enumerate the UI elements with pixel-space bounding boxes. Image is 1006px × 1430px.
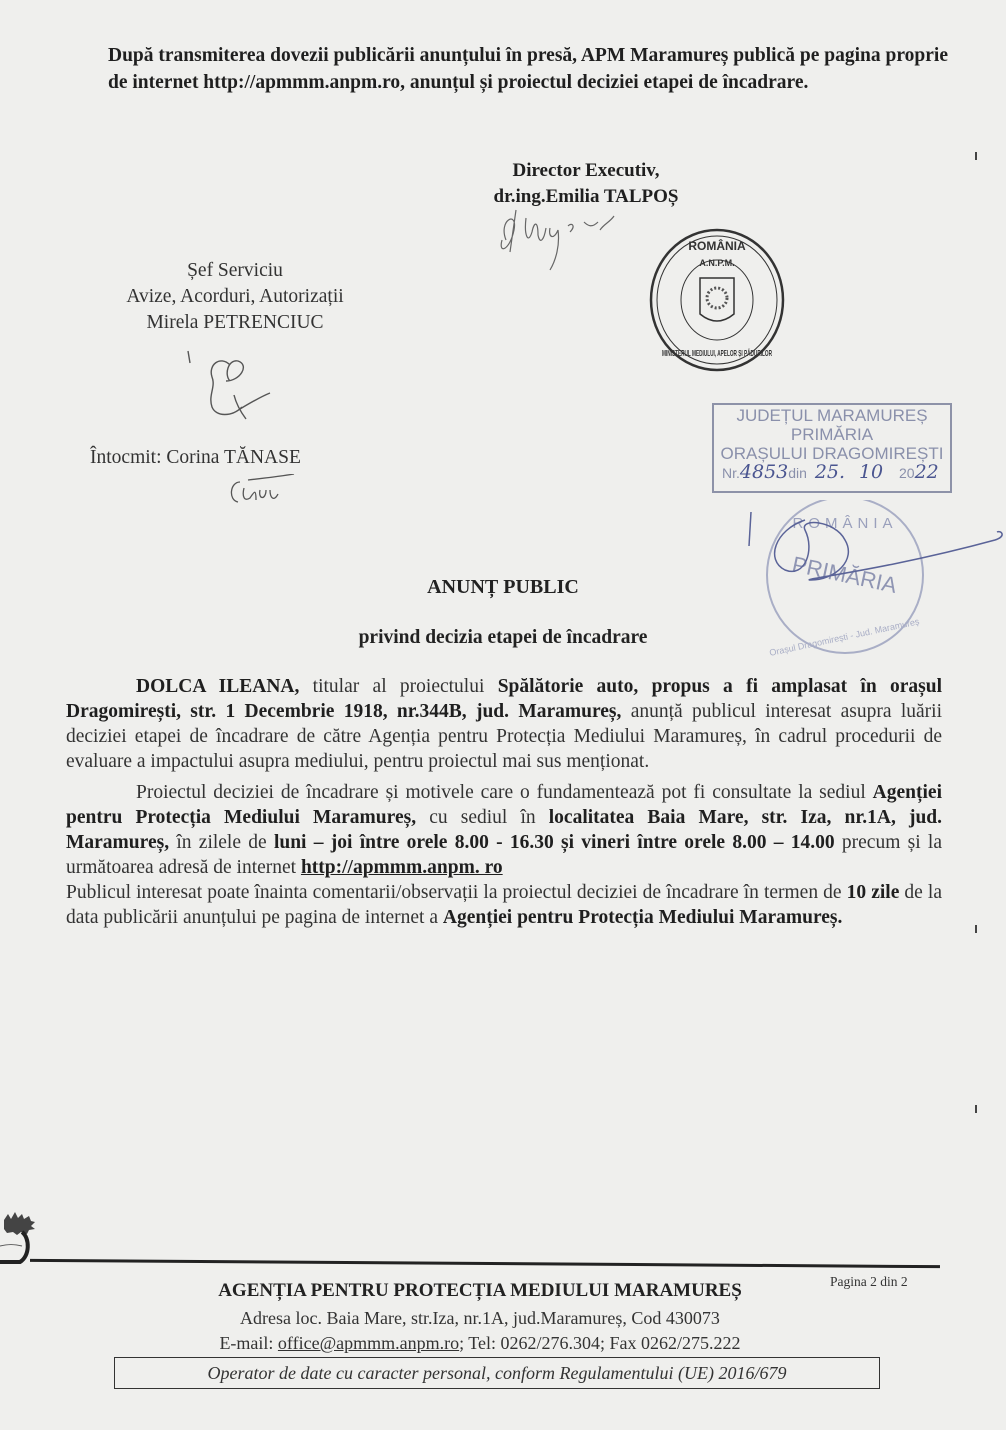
paragraph-3: Publicul interesat poate înainta comenta…	[66, 880, 942, 930]
project-holder: DOLCA ILEANA,	[136, 676, 299, 697]
reg-date-month: 10	[859, 461, 883, 483]
p3-text-1: Publicul interesat poate înainta comenta…	[66, 882, 847, 903]
page-number: Pagina 2 din 2	[830, 1274, 908, 1290]
reg-nr-value: 4853	[740, 461, 788, 483]
p2-text-2: cu sediul în	[416, 807, 549, 828]
registration-stamp: JUDEȚUL MARAMUREȘ PRIMĂRIA ORAȘULUI DRAG…	[712, 403, 952, 493]
phone-fax: ; Tel: 0262/276.304; Fax 0262/275.222	[459, 1333, 740, 1353]
intocmit-label: Întocmit: Corina TĂNASE	[90, 447, 301, 469]
p1-text-1: titular al proiectului	[299, 676, 497, 697]
sef-department: Avize, Acorduri, Autorizații	[90, 284, 380, 310]
apm-website-link[interactable]: http://apmmm.anpm. ro	[301, 857, 503, 878]
intro-paragraph: După transmiterea dovezii publicării anu…	[108, 42, 948, 96]
margin-mark	[975, 925, 977, 933]
p2-text-1: Proiectul deciziei de încadrare și motiv…	[136, 782, 873, 803]
footer-contact: E-mail: office@apmmm.anpm.ro; Tel: 0262/…	[140, 1333, 820, 1354]
seal-ring-text: MINISTERUL MEDIULUI, APELOR ȘI PĂDURILOR	[662, 348, 772, 358]
reg-year-suffix: 22	[915, 461, 939, 483]
reg-line1: JUDEȚUL MARAMUREȘ	[714, 406, 950, 425]
footer-agency-name: AGENȚIA PENTRU PROTECȚIA MEDIULUI MARAMU…	[150, 1280, 810, 1302]
seal-middle-text: A.N.P.M.	[699, 258, 734, 268]
director-handwritten-signature	[488, 200, 628, 275]
reg-nr-label: Nr.	[722, 465, 740, 481]
footer-address: Adresa loc. Baia Mare, str.Iza, nr.1A, j…	[150, 1308, 810, 1329]
sef-handwritten-signature	[180, 345, 280, 425]
director-title: Director Executiv,	[466, 158, 706, 184]
reg-year-prefix: 20	[899, 465, 915, 481]
announcement-title: ANUNȚ PUBLIC	[0, 576, 1006, 599]
margin-mark	[975, 1105, 977, 1113]
gdpr-operator-notice: Operator de date cu caracter personal, c…	[114, 1357, 880, 1389]
email-link[interactable]: office@apmmm.anpm.ro	[278, 1333, 459, 1353]
p3-deadline: 10 zile	[847, 882, 900, 903]
sef-title: Șef Serviciu	[90, 258, 380, 284]
sef-name: Mirela PETRENCIUC	[90, 310, 380, 336]
paragraph-2: Proiectul deciziei de încadrare și motiv…	[66, 780, 942, 880]
apm-seal-stamp: ROMÂNIA A.N.P.M. MINISTERUL MEDIULUI, AP…	[648, 228, 786, 373]
reg-date-day: 25.	[815, 461, 845, 483]
paragraph-1: DOLCA ILEANA, titular al proiectului Spă…	[66, 674, 942, 774]
email-label: E-mail:	[219, 1333, 277, 1353]
apm-tree-logo-icon	[0, 1206, 46, 1266]
seal-top-text: ROMÂNIA	[688, 238, 746, 253]
reg-line2: PRIMĂRIA	[714, 425, 950, 444]
p3-agency: Agenției pentru Protecția Mediului Maram…	[443, 907, 843, 928]
footer-divider	[30, 1259, 940, 1268]
reg-din-label: din	[788, 465, 807, 481]
margin-mark	[975, 152, 977, 160]
announcement-body: DOLCA ILEANA, titular al proiectului Spă…	[66, 674, 942, 930]
announcement-subtitle: privind decizia etapei de încadrare	[0, 627, 1006, 649]
sef-serviciu-block: Șef Serviciu Avize, Acorduri, Autorizați…	[90, 258, 380, 336]
p2-hours: luni – joi între orele 8.00 - 16.30 și v…	[274, 832, 835, 853]
p2-text-3: în zilele de	[169, 832, 274, 853]
intocmit-handwritten-signature	[226, 474, 306, 508]
